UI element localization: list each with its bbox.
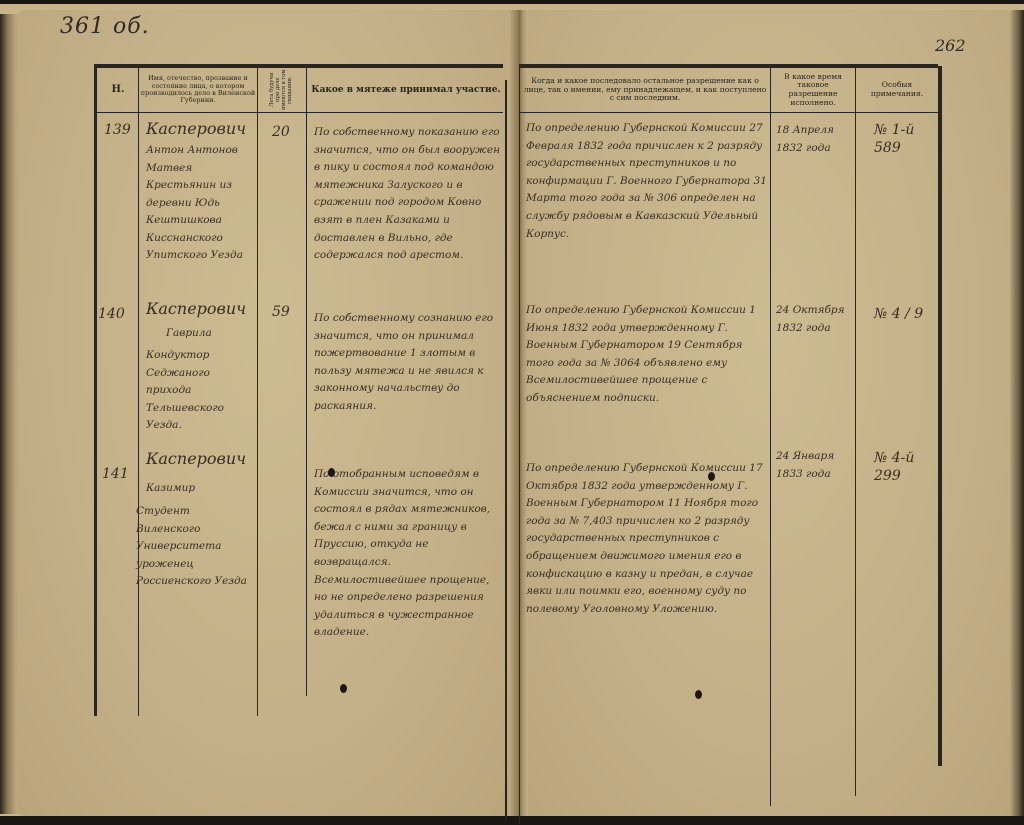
binding-hole [708, 472, 715, 481]
page-stack-edge-right [1010, 10, 1024, 816]
entry-number: 141 [102, 466, 129, 484]
col-divider-execution [855, 66, 856, 796]
entry-status: Крестьянин из деревни Юдь Кештишкова Кис… [146, 177, 256, 265]
entry-given-name: Антон Антонов Матвея [146, 142, 256, 177]
header-participation: Какое в мятеже принимал участие. [308, 70, 504, 110]
right-page-left-border [519, 64, 520, 824]
entry-participation: По собственному показанию его значится, … [314, 124, 502, 265]
entry-given-name: Казимир [146, 480, 256, 498]
header-name: Имя, отечество, прозвание и состояние ли… [140, 68, 256, 112]
table-right-border [938, 66, 942, 766]
entry-status: Кондуктор Седжаного прихода Тельшевского… [146, 347, 256, 435]
entry-execution-date: 24 Октября 1832 года [776, 302, 854, 337]
col-divider-resolution [770, 66, 771, 806]
entry-resolution: По определению Губернской Комиссии 27 Фе… [526, 120, 768, 243]
entry-note: № 4-й 299 [874, 450, 934, 485]
entry-execution-date: 18 Апреля 1832 года [776, 122, 854, 157]
entry-execution-date: 24 Января 1833 года [776, 448, 854, 483]
binding-hole [328, 468, 335, 477]
entry-surname: Касперович [146, 120, 256, 138]
left-page-right-border [505, 80, 507, 820]
header-age: Лета будучи при деле имеются в том свида… [258, 68, 306, 112]
entry-participation: По собственному сознанию его значится, ч… [314, 310, 502, 416]
entry-note: № 4 / 9 [874, 306, 934, 324]
entry-number: 139 [104, 122, 131, 140]
entry-participation: По отобранным исповедям в Комиссии значи… [314, 466, 502, 642]
col-divider-number [138, 66, 139, 716]
header-notes: Особыя примечания. [857, 68, 937, 112]
binding-hole [695, 690, 702, 699]
entry-surname: Касперович [146, 450, 256, 468]
entry-number: 140 [98, 306, 125, 324]
header-execution-time: В какое время таковое разрешение исполне… [772, 68, 854, 112]
entry-age: 59 [272, 304, 290, 322]
header-resolution: Когда и какое последовало остальное разр… [522, 68, 768, 112]
entry-status: Студент Виленского Университета уроженец… [136, 503, 256, 591]
entry-age: 20 [272, 124, 290, 142]
header-bottom-rule-right [520, 112, 938, 113]
entry-resolution: По определению Губернской Комиссии 17 Ок… [526, 460, 768, 618]
col-divider-age [306, 66, 307, 696]
table-left-border [94, 64, 97, 716]
col-divider-name [257, 66, 258, 716]
binding-hole [340, 684, 347, 693]
entry-surname: Касперович [146, 300, 256, 318]
entry-given-name: Гаврила [166, 325, 256, 343]
header-number: Н. [98, 70, 138, 110]
folio-number: 262 [935, 36, 966, 55]
archive-mark: 361 об. [60, 14, 150, 39]
header-bottom-rule-left [95, 112, 503, 113]
entry-note: № 1-й 589 [874, 122, 934, 157]
entry-resolution: По определению Губернской Комиссии 1 Июн… [526, 302, 768, 408]
